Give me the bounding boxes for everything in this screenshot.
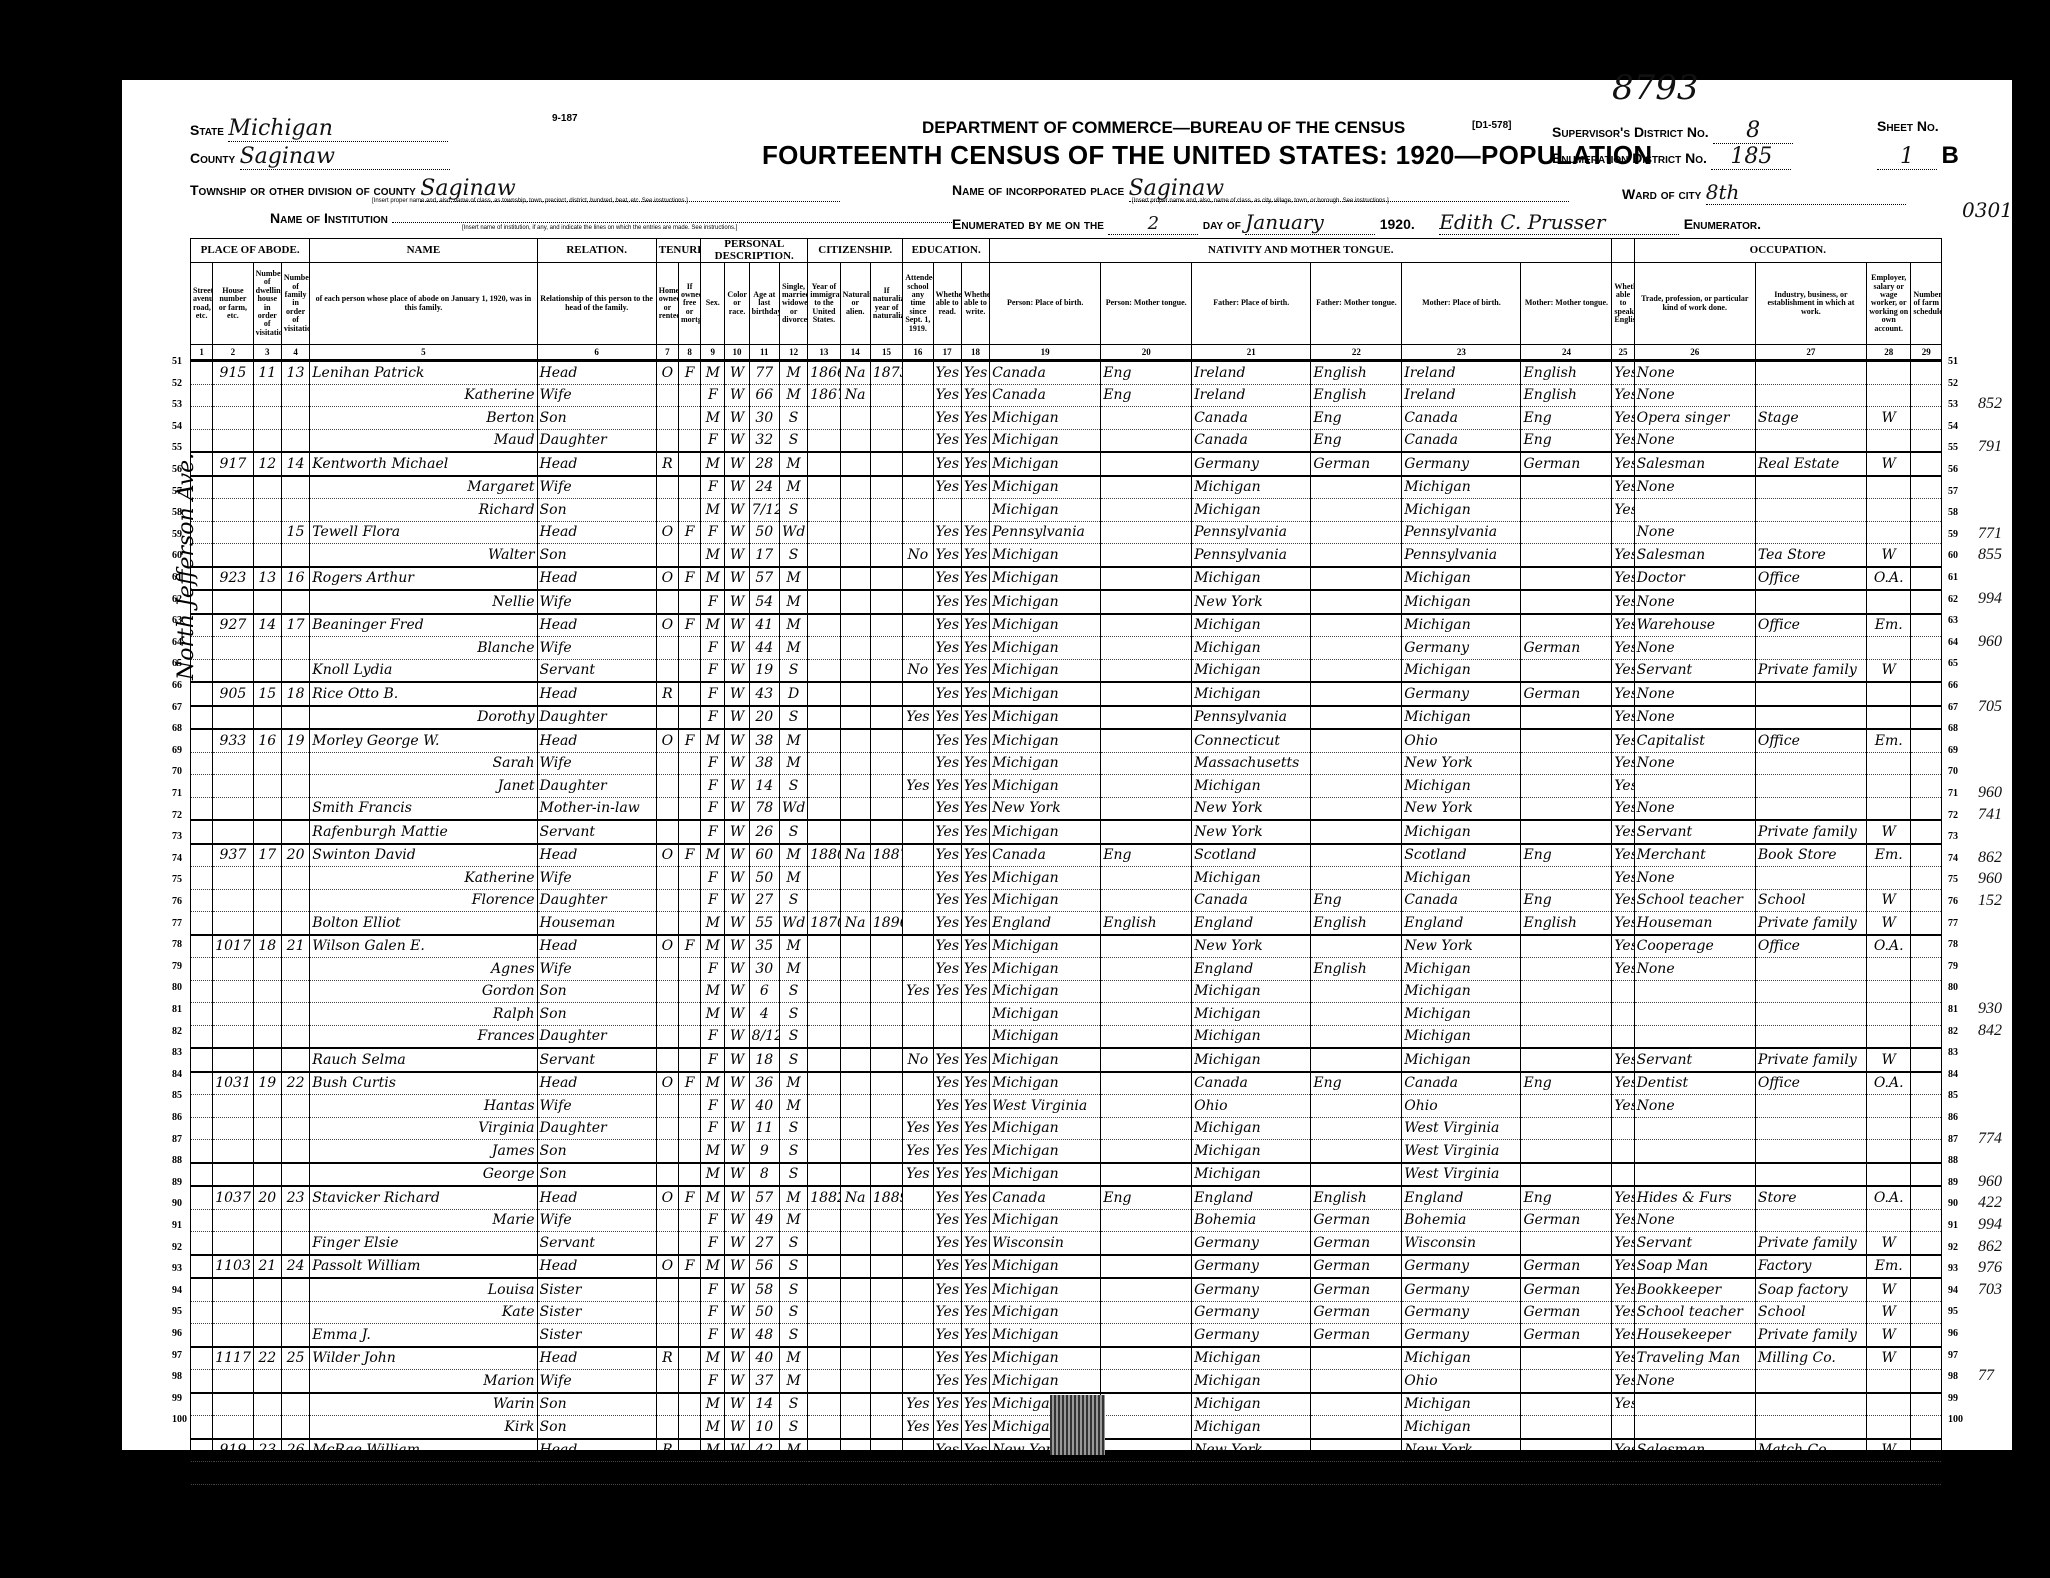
cell-family: 14 [281, 452, 309, 476]
cell-trade: Houseman [1634, 912, 1755, 935]
cell-street [191, 1140, 213, 1163]
cell-ftongue: English [1311, 1186, 1402, 1209]
cell-sex: F [701, 820, 725, 844]
cell-age: 50 [749, 1301, 779, 1324]
cell-home [656, 659, 678, 682]
line-number-left: 59 [172, 529, 182, 540]
cell-industry: Soap factory [1755, 1278, 1866, 1301]
cell-dwelling: 15 [253, 682, 281, 706]
cell-tongue [1101, 521, 1192, 544]
cell-school: Yes [903, 1393, 933, 1416]
cell-fbirth: Michigan [1192, 682, 1311, 706]
cell-relation: Son [537, 980, 656, 1003]
cell-street [191, 958, 213, 981]
cell-race: W [725, 775, 749, 798]
cell-write: Yes [961, 1278, 989, 1301]
cell-birth: Michigan [990, 429, 1101, 452]
cell-fbirth: Pennsylvania [1192, 544, 1311, 567]
cell-relation: Head [537, 1186, 656, 1209]
cell-mbirth: Michigan [1402, 820, 1521, 844]
cell-fbirth: Germany [1192, 452, 1311, 476]
cell-dwelling [253, 429, 281, 452]
sheet-label: Sheet No. [1877, 118, 1939, 134]
cell-natyr [870, 867, 902, 890]
cell-nat [840, 1095, 870, 1118]
cell-house [213, 1484, 253, 1507]
cell-marital: Wd [779, 521, 807, 544]
cell-farm [1911, 384, 1942, 407]
col-eng: Whether able to speak English. [1612, 263, 1634, 345]
cell-street [191, 499, 213, 522]
table-row: MargaretWifeFW24MYesYesMichiganMichiganM… [191, 476, 1942, 499]
cell-marital: M [779, 452, 807, 476]
cell-marital: M [779, 614, 807, 637]
cell-mtongue [1521, 1140, 1612, 1163]
cell-age: 42 [749, 1439, 779, 1462]
cell-name: Wilson Galen E. [310, 935, 537, 958]
cell-trade [1634, 1117, 1755, 1140]
cell-house: 1103 [213, 1255, 253, 1279]
cell-marital: S [779, 820, 807, 844]
cell-industry: Book Store [1755, 844, 1866, 867]
cell-write: Yes [961, 1117, 989, 1140]
cell-industry [1755, 1025, 1866, 1048]
cell-age: 35 [749, 935, 779, 958]
cell-mtongue: German [1521, 682, 1612, 706]
cell-tongue [1101, 476, 1192, 499]
cell-street [191, 1232, 213, 1255]
cell-mtongue [1521, 1117, 1612, 1140]
cell-relation: Daughter [537, 1117, 656, 1140]
cell-industry: Match Co. [1755, 1439, 1866, 1462]
cell-birth: Michigan [990, 1278, 1101, 1301]
cell-street [191, 752, 213, 775]
cell-free [678, 912, 700, 935]
cell-name: Walter [310, 544, 537, 567]
cell-farm [1911, 729, 1942, 752]
col-worker: Employer, salary or wage worker, or work… [1866, 263, 1910, 345]
cell-eng: Yes [1612, 1301, 1634, 1324]
line-number: 91 [1948, 1220, 1958, 1231]
cell-birth: Michigan [990, 1140, 1101, 1163]
line-number-left: 64 [172, 637, 182, 648]
cell-family [281, 820, 309, 844]
line-number-left: 77 [172, 918, 182, 929]
cell-immig [808, 544, 840, 567]
cell-house: 937 [213, 844, 253, 867]
cell-immig: 1866 [808, 361, 840, 385]
cell-sex: M [701, 544, 725, 567]
cell-family [281, 1278, 309, 1301]
group-relation: RELATION. [537, 239, 656, 263]
cell-read: Yes [933, 1186, 961, 1209]
cell-immig [808, 1232, 840, 1255]
cell-eng [1612, 1416, 1634, 1439]
cell-worker: W [1866, 1324, 1910, 1347]
cell-race: W [725, 659, 749, 682]
line-number-left: 71 [172, 788, 182, 799]
cell-write: Yes [961, 384, 989, 407]
cell-age: 41 [749, 614, 779, 637]
cell-marital: M [779, 384, 807, 407]
cell-nat [840, 1232, 870, 1255]
cell-natyr [870, 797, 902, 820]
cell-relation: Wife [537, 867, 656, 890]
cell-nat [840, 1484, 870, 1507]
cell-house: 1017 [213, 935, 253, 958]
cell-write: Yes [961, 867, 989, 890]
cell-dwelling [253, 659, 281, 682]
cell-relation: Wife [537, 1095, 656, 1118]
cell-natyr [870, 682, 902, 706]
cell-name: Berton [310, 407, 537, 430]
cell-mbirth: Ohio [1402, 1095, 1521, 1118]
cell-immig [808, 590, 840, 614]
cell-trade [1634, 775, 1755, 798]
cell-name: Katherine [310, 384, 537, 407]
table-row: 9151113Lenihan PatrickHeadOFMW77M1866Na1… [191, 361, 1942, 385]
cell-marital: M [779, 1370, 807, 1393]
cell-worker: W [1866, 544, 1910, 567]
cell-free [678, 544, 700, 567]
cell-mbirth: Pennsylvania [1402, 544, 1521, 567]
group-nativity: NATIVITY AND MOTHER TONGUE. [990, 239, 1612, 263]
cell-ftongue [1311, 1003, 1402, 1026]
cell-ftongue [1311, 499, 1402, 522]
cell-family [281, 958, 309, 981]
cell-worker: W [1866, 1278, 1910, 1301]
cell-worker [1866, 361, 1910, 385]
cell-marital: S [779, 1393, 807, 1416]
cell-sex: F [701, 1209, 725, 1232]
cell-fbirth: Germany [1192, 1255, 1311, 1279]
cell-trade: None [1634, 797, 1755, 820]
line-number-left: 68 [172, 723, 182, 734]
cell-sex: F [701, 659, 725, 682]
cell-write: Yes [961, 980, 989, 1003]
cell-race: W [725, 1025, 749, 1048]
cell-race: W [725, 1439, 749, 1462]
day-of-label: day of [1203, 216, 1241, 232]
line-number-left: 53 [172, 399, 182, 410]
cell-trade: None [1634, 1370, 1755, 1393]
cell-school [903, 476, 933, 499]
cell-mtongue [1521, 659, 1612, 682]
cell-industry [1755, 384, 1866, 407]
cell-dwelling: 23 [253, 1439, 281, 1462]
cell-home [656, 889, 678, 912]
cell-home: O [656, 844, 678, 867]
cell-read: Yes [933, 1048, 961, 1072]
margin-code: 930 [1978, 1000, 2002, 1018]
cell-worker: O.A. [1866, 567, 1910, 591]
cell-dwelling [253, 544, 281, 567]
col-age: Age at last birthday. [749, 263, 779, 345]
cell-age: 57 [749, 1186, 779, 1209]
line-number: 74 [1948, 853, 1958, 864]
cell-mbirth: West Virginia [1402, 1117, 1521, 1140]
supervisor-value: 8 [1713, 118, 1793, 144]
table-row: GordonSonMW6SYesYesYesMichiganMichiganMi… [191, 980, 1942, 1003]
cell-write: Yes [961, 1140, 989, 1163]
cell-home [656, 1025, 678, 1048]
cell-school [903, 1462, 933, 1485]
cell-house [213, 637, 253, 660]
cell-tongue [1101, 1140, 1192, 1163]
cell-family [281, 797, 309, 820]
cell-trade: None [1634, 590, 1755, 614]
cell-mbirth: Germany [1402, 452, 1521, 476]
county-value: Saginaw [240, 144, 450, 170]
cell-age: 57 [749, 567, 779, 591]
cell-marital: S [779, 1278, 807, 1301]
cell-home [656, 1324, 678, 1347]
col-marital: Single, married, widowed, or divorced. [779, 263, 807, 345]
cell-dwelling [253, 637, 281, 660]
cell-name: Rogers Arthur [310, 567, 537, 591]
cell-mtongue: German [1521, 637, 1612, 660]
cell-race: W [725, 1209, 749, 1232]
cell-family [281, 407, 309, 430]
cell-marital: S [779, 1003, 807, 1026]
column-number: 22 [1311, 345, 1402, 361]
cell-tongue [1101, 1025, 1192, 1048]
col-race: Color or race. [725, 263, 749, 345]
cell-free [678, 682, 700, 706]
cell-nat [840, 820, 870, 844]
cell-sex: M [701, 1347, 725, 1370]
line-number: 85 [1948, 1090, 1958, 1101]
cell-ftongue [1311, 544, 1402, 567]
group-occupation: OCCUPATION. [1634, 239, 1941, 263]
cell-trade: Capitalist [1634, 729, 1755, 752]
cell-marital: M [779, 1209, 807, 1232]
cell-mtongue: German [1521, 1301, 1612, 1324]
cell-write: Yes [961, 659, 989, 682]
cell-mtongue [1521, 1232, 1612, 1255]
line-number: 64 [1948, 637, 1958, 648]
cell-industry: Milling Co. [1755, 1347, 1866, 1370]
cell-worker: O.A. [1866, 935, 1910, 958]
cell-sex: F [701, 590, 725, 614]
cell-school: No [903, 659, 933, 682]
cell-street [191, 1186, 213, 1209]
table-row: Smith FrancisMother-in-lawFW78WdYesYesNe… [191, 797, 1942, 820]
cell-farm [1911, 544, 1942, 567]
cell-dwelling [253, 476, 281, 499]
cell-eng: Yes [1612, 820, 1634, 844]
cell-family [281, 590, 309, 614]
cell-mbirth: Scotland [1402, 844, 1521, 867]
cell-free [678, 1324, 700, 1347]
cell-marital: S [779, 1232, 807, 1255]
cell-dwelling: 16 [253, 729, 281, 752]
cell-street [191, 1324, 213, 1347]
cell-age: 11 [749, 1117, 779, 1140]
cell-immig [808, 752, 840, 775]
cell-birth: Michigan [990, 452, 1101, 476]
cell-family [281, 659, 309, 682]
cell-worker: W [1866, 820, 1910, 844]
cell-nat [840, 1324, 870, 1347]
cell-trade [1634, 1025, 1755, 1048]
cell-immig [808, 775, 840, 798]
line-number: 95 [1948, 1306, 1958, 1317]
cell-dwelling [253, 1025, 281, 1048]
cell-sex: F [701, 867, 725, 890]
cell-natyr [870, 1003, 902, 1026]
cell-age: 9 [749, 1140, 779, 1163]
cell-mbirth: England [1402, 912, 1521, 935]
cell-eng [1612, 1163, 1634, 1187]
line-number-left: 88 [172, 1155, 182, 1166]
cell-worker: Em. [1866, 1255, 1910, 1279]
cell-marital: M [779, 1462, 807, 1485]
cell-sex: M [701, 452, 725, 476]
cell-fbirth: Michigan [1192, 1393, 1311, 1416]
cell-trade: Opera singer [1634, 407, 1755, 430]
cell-trade: Salesman [1634, 452, 1755, 476]
cell-industry [1755, 499, 1866, 522]
column-number: 29 [1911, 345, 1942, 361]
cell-age: 38 [749, 752, 779, 775]
census-rows: 9151113Lenihan PatrickHeadOFMW77M1866Na1… [191, 361, 1942, 1508]
cell-write: Yes [961, 1048, 989, 1072]
cell-age: 50 [749, 867, 779, 890]
cell-mbirth: West Virginia [1402, 1163, 1521, 1187]
cell-trade: Servant [1634, 820, 1755, 844]
cell-immig [808, 797, 840, 820]
cell-farm [1911, 1370, 1942, 1393]
line-number-left: 74 [172, 853, 182, 864]
cell-home: O [656, 1255, 678, 1279]
cell-worker: O.A. [1866, 1072, 1910, 1095]
cell-read: Yes [933, 980, 961, 1003]
cell-ftongue: German [1311, 1278, 1402, 1301]
cell-home [656, 1232, 678, 1255]
line-number: 75 [1948, 874, 1958, 885]
cell-industry: Stage [1755, 407, 1866, 430]
table-row: JamesSonMW9SYesYesYesMichiganMichiganWes… [191, 1140, 1942, 1163]
cell-mbirth: Michigan [1402, 980, 1521, 1003]
cell-family [281, 499, 309, 522]
line-number-left: 95 [172, 1306, 182, 1317]
margin-code: 960 [1978, 1173, 2002, 1191]
cell-birth: Michigan [990, 682, 1101, 706]
group-abode: PLACE OF ABODE. [191, 239, 310, 263]
cell-nat [840, 476, 870, 499]
cell-farm [1911, 361, 1942, 385]
cell-family: 24 [281, 1255, 309, 1279]
cell-industry [1755, 1163, 1866, 1187]
cell-home [656, 797, 678, 820]
cell-industry [1755, 361, 1866, 385]
cell-farm [1911, 476, 1942, 499]
cell-school: Yes [903, 1140, 933, 1163]
cell-tongue [1101, 1072, 1192, 1095]
cell-tongue [1101, 452, 1192, 476]
cell-nat [840, 659, 870, 682]
cell-birth: Michigan [990, 499, 1101, 522]
line-number-left: 90 [172, 1198, 182, 1209]
cell-name: Nellie [310, 590, 537, 614]
cell-tongue [1101, 659, 1192, 682]
cell-trade: None [1634, 958, 1755, 981]
cell-worker [1866, 1416, 1910, 1439]
cell-relation: Servant [537, 820, 656, 844]
cell-family [281, 384, 309, 407]
cell-marital: S [779, 775, 807, 798]
cell-age: 50 [749, 521, 779, 544]
cell-write: Yes [961, 1232, 989, 1255]
cell-trade: Hides & Furs [1634, 1186, 1755, 1209]
cell-family [281, 1048, 309, 1072]
cell-home: O [656, 729, 678, 752]
enumerated-year: 1920. [1380, 216, 1415, 232]
cell-natyr [870, 452, 902, 476]
cell-age: 38 [749, 729, 779, 752]
cell-write: Yes [961, 958, 989, 981]
cell-age: 4 [749, 1003, 779, 1026]
cell-name: McRae William [310, 1439, 537, 1462]
cell-ftongue [1311, 637, 1402, 660]
cell-free [678, 1140, 700, 1163]
cell-eng: Yes [1612, 682, 1634, 706]
cell-dwelling [253, 775, 281, 798]
cell-birth: Michigan [990, 1324, 1101, 1347]
column-number: 23 [1402, 345, 1521, 361]
column-number: 7 [656, 345, 678, 361]
group-tenure: TENURE. [656, 239, 700, 263]
cell-fbirth: Michigan [1192, 637, 1311, 660]
cell-name: Louisa [310, 1278, 537, 1301]
line-number: 51 [1948, 356, 1958, 367]
cell-mbirth: Michigan [1402, 1003, 1521, 1026]
cell-school [903, 407, 933, 430]
cell-relation: Son [537, 1484, 656, 1507]
enumerator-label: Enumerator. [1684, 216, 1761, 232]
column-number: 8 [678, 345, 700, 361]
cell-relation: Sister [537, 1278, 656, 1301]
cell-immig [808, 1209, 840, 1232]
cell-free: F [678, 935, 700, 958]
margin-code: 994 [1978, 1216, 2002, 1234]
cell-trade: Traveling Man [1634, 1347, 1755, 1370]
cell-free: F [678, 567, 700, 591]
line-number-left: 98 [172, 1371, 182, 1382]
cell-trade: None [1634, 384, 1755, 407]
col-read: Whether able to read. [933, 263, 961, 345]
cell-school [903, 958, 933, 981]
cell-mbirth: Michigan [1402, 1025, 1521, 1048]
table-row: Rafenburgh MattieServantFW26SYesYesMichi… [191, 820, 1942, 844]
cell-fbirth: Bohemia [1192, 1209, 1311, 1232]
cell-natyr: 1889 [870, 1186, 902, 1209]
cell-home [656, 1416, 678, 1439]
cell-nat [840, 980, 870, 1003]
cell-school [903, 521, 933, 544]
cell-age: 17 [749, 544, 779, 567]
cell-eng [1612, 521, 1634, 544]
cell-family [281, 1462, 309, 1485]
cell-street [191, 637, 213, 660]
line-number-left: 78 [172, 939, 182, 950]
column-header-row: Street, avenue, road, etc. House number … [191, 263, 1942, 345]
line-number: 97 [1948, 1350, 1958, 1361]
cell-write [961, 1025, 989, 1048]
line-number: 56 [1948, 464, 1958, 475]
cell-fbirth: Ireland [1192, 384, 1311, 407]
